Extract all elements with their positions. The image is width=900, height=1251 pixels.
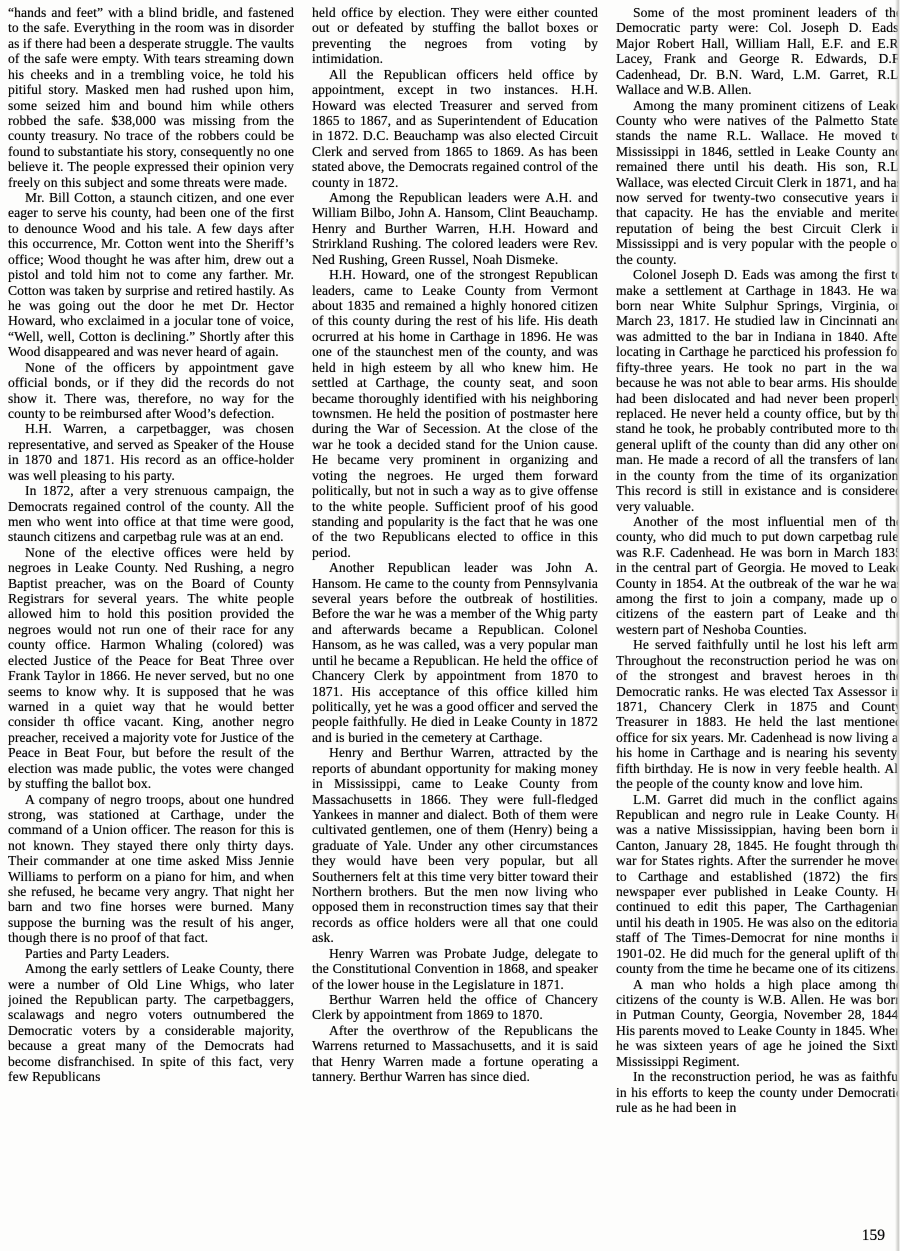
paragraph: Mr. Bill Cotton, a staunch citizen, and … [8, 190, 294, 360]
paragraph: In 1872, after a very strenuous campaign… [8, 483, 294, 545]
paragraph: Some of the most prominent leaders of th… [616, 5, 900, 98]
page-number: 159 [862, 1227, 885, 1245]
paragraph: Among the Republican leaders were A.H. a… [312, 190, 598, 267]
paragraph: H.H. Howard, one of the strongest Republ… [312, 267, 598, 560]
scan-edge-shadow [895, 0, 900, 1251]
paragraph: None of the officers by appointment gave… [8, 360, 294, 422]
paragraph: Colonel Joseph D. Eads was among the fir… [616, 267, 900, 514]
paragraph: held office by election. They were eithe… [312, 5, 598, 67]
paragraph: All the Republican officers held office … [312, 67, 598, 190]
paragraph: H.H. Warren, a carpetbagger, was chosen … [8, 421, 294, 483]
paragraph: Another of the most influential men of t… [616, 514, 900, 637]
text-column-1: “hands and feet” with a blind bridle, an… [8, 5, 294, 1245]
paragraph: Henry and Berthur Warren, attracted by t… [312, 745, 598, 945]
paragraph: Among the early settlers of Leake County… [8, 961, 294, 1084]
paragraph: Henry Warren was Probate Judge, delegate… [312, 946, 598, 992]
paragraph: Among the many prominent citizens of Lea… [616, 98, 900, 268]
text-column-3: Some of the most prominent leaders of th… [616, 5, 900, 1245]
paragraph: A man who holds a high place among the c… [616, 977, 900, 1070]
section-heading-parties-and-party-leaders: Parties and Party Leaders. [8, 946, 294, 961]
paragraph: Another Republican leader was John A. Ha… [312, 560, 598, 745]
text-columns: “hands and feet” with a blind bridle, an… [8, 5, 892, 1251]
paragraph: None of the elective offices were held b… [8, 545, 294, 792]
paragraph: L.M. Garret did much in the conflict aga… [616, 792, 900, 977]
text-column-2: held office by election. They were eithe… [312, 5, 598, 1245]
paragraph: A company of negro troops, about one hun… [8, 792, 294, 946]
paragraph: After the overthrow of the Republicans t… [312, 1023, 598, 1085]
book-page: “hands and feet” with a blind bridle, an… [0, 0, 900, 1251]
paragraph: Berthur Warren held the office of Chance… [312, 992, 598, 1023]
paragraph: He served faithfully until he lost his l… [616, 637, 900, 791]
paragraph: In the reconstruction period, he was as … [616, 1069, 900, 1115]
paragraph: “hands and feet” with a blind bridle, an… [8, 5, 294, 190]
